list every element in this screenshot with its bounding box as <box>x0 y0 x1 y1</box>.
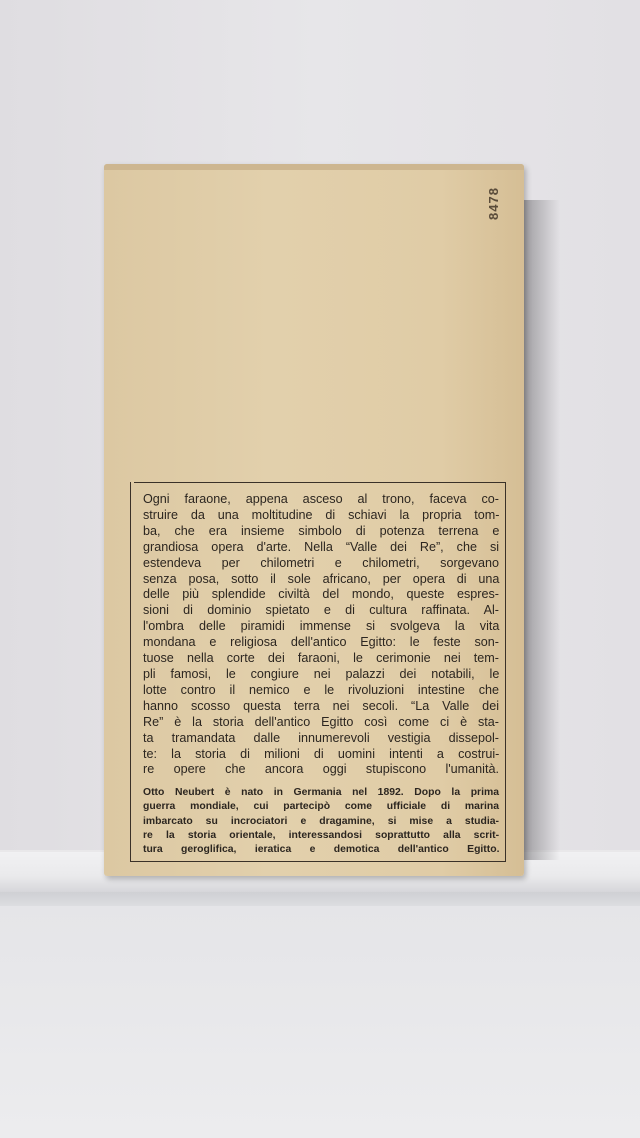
bio-line: tura geroglifica, ieratica e demotica de… <box>143 843 499 857</box>
blurb-line: struire da una moltitudine di schiavi la… <box>143 508 499 524</box>
bio-line: imbarcato su incrociatori e dragamine, s… <box>143 815 499 829</box>
catalog-code: 8478 <box>486 180 506 220</box>
blurb-line: tuose nella corte dei faraoni, le cerimo… <box>143 651 499 667</box>
blurb-line: hanno scosso questa terra nei secoli. “L… <box>143 699 499 715</box>
bio-line: re la storia orientale, interessandosi s… <box>143 829 499 843</box>
blurb-text: Ogni faraone, appena asceso al trono, fa… <box>143 492 499 778</box>
blurb-line: ba, che era insieme simbolo di potenza t… <box>143 524 499 540</box>
blurb-line: estendeva per chilometri e chilometri, s… <box>143 556 499 572</box>
blurb-line: mondana e religiosa dell'antico Egitto: … <box>143 635 499 651</box>
shelf-edge <box>0 892 640 906</box>
bio-line: Otto Neubert è nato in Germania nel 1892… <box>143 786 499 800</box>
blurb-line: l'ombra delle piramidi immense si svolge… <box>143 619 499 635</box>
blurb-line: pli famosi, le congiure nei palazzi dei … <box>143 667 499 683</box>
blurb-line: Re” è la storia dell'antico Egitto così … <box>143 715 499 731</box>
lower-background <box>0 906 640 1138</box>
blurb-line: sioni di dominio spietato e di cultura r… <box>143 603 499 619</box>
author-bio: Otto Neubert è nato in Germania nel 1892… <box>143 786 499 857</box>
blurb-line: senza posa, sotto il sole africano, per … <box>143 572 499 588</box>
blurb-line: re opere che ancora oggi stupiscono l'um… <box>143 762 499 778</box>
bio-line: guerra mondiale, cui partecipò come uffi… <box>143 800 499 814</box>
blurb-line: Ogni faraone, appena asceso al trono, fa… <box>143 492 499 508</box>
blurb-line: delle più splendide civiltà del mondo, q… <box>143 587 499 603</box>
frame-gap <box>131 480 134 484</box>
blurb-line: te: la storia di milioni di uomini inten… <box>143 747 499 763</box>
book-shadow <box>520 200 560 860</box>
blurb-line: ta tramandata dalle innumerevoli vestigi… <box>143 731 499 747</box>
blurb-line: lotte contro il nemico e le rivoluzioni … <box>143 683 499 699</box>
blurb-line: grandiosa opera d'arte. Nella “Valle dei… <box>143 540 499 556</box>
